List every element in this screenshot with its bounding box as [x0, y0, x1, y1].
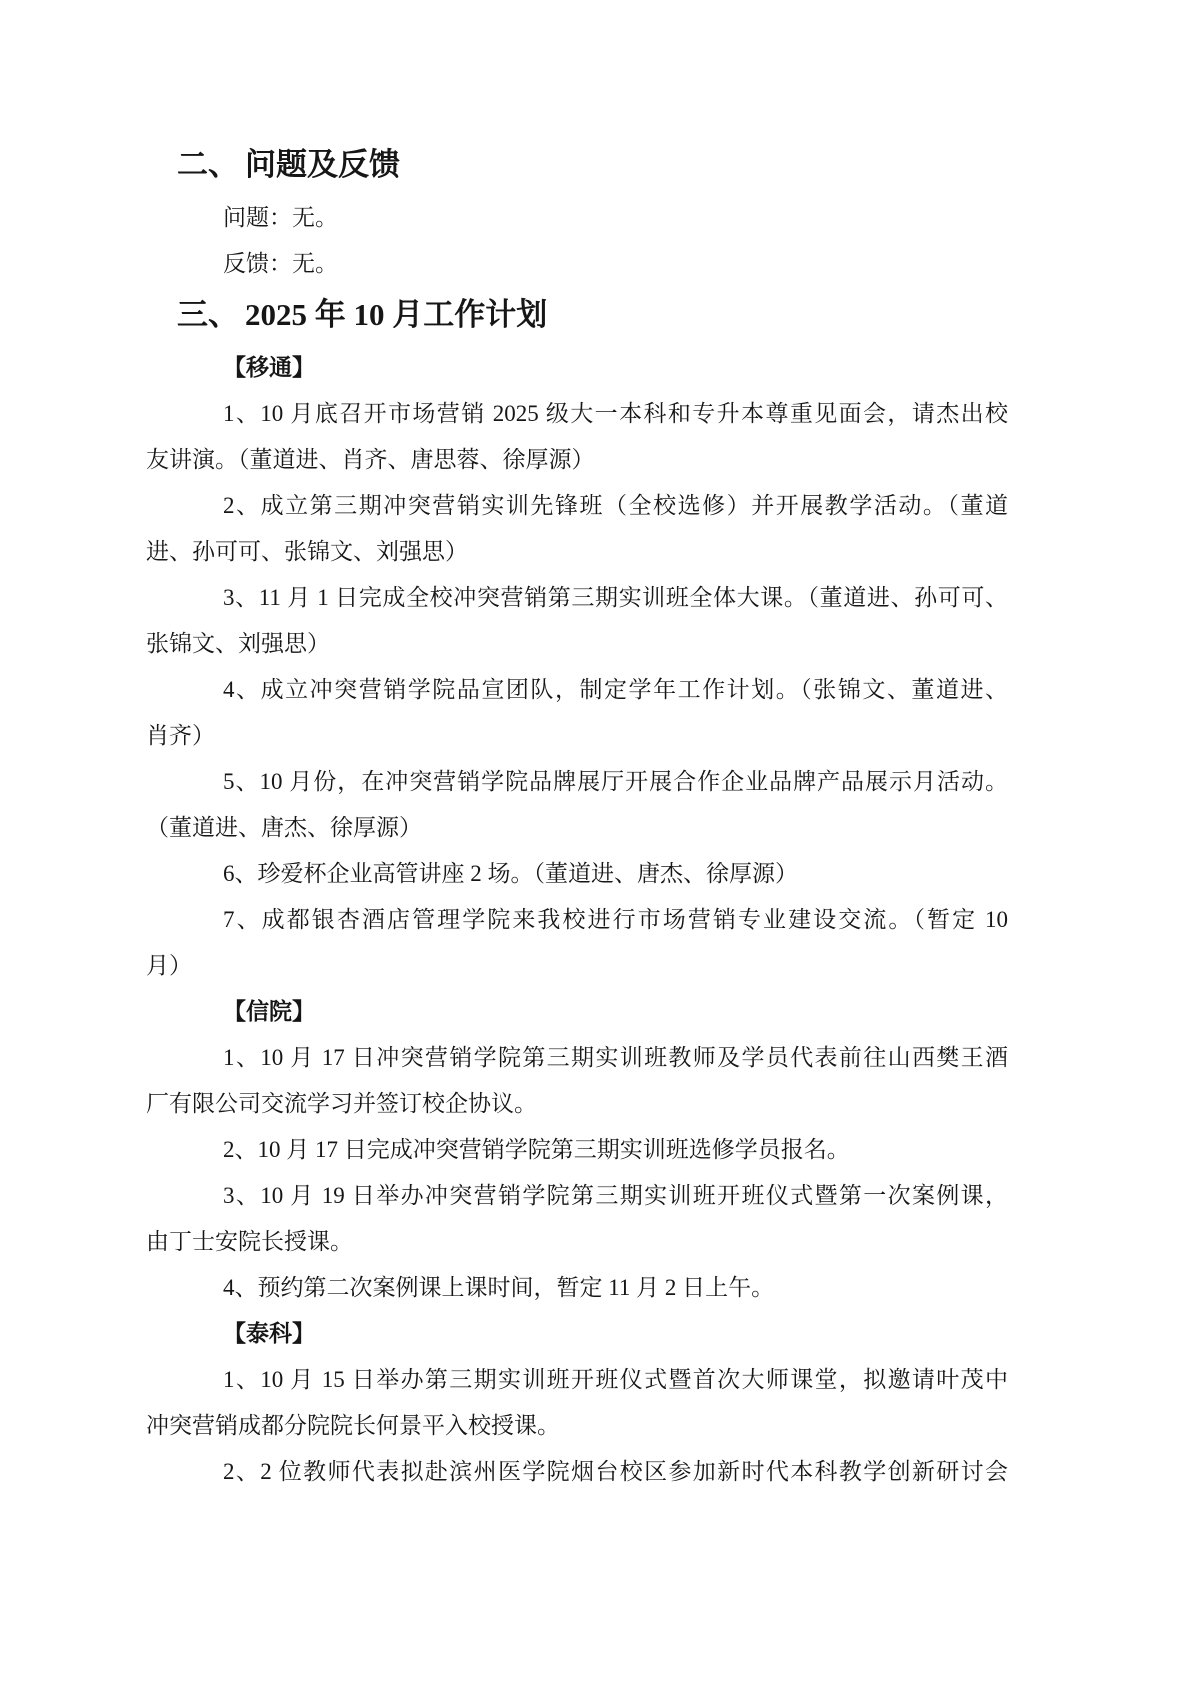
paragraph: 2、成立第三期冲突营销实训先锋班（全校选修）并开展教学活动。（董道进、孙可可、张… — [146, 483, 1008, 575]
text-line: 1、10 月底召开市场营销 2025 级大一本科和专升本尊重见面会，请杰出校 — [146, 391, 1008, 437]
text-line: 【移通】 — [146, 345, 1008, 391]
heading-title: 问题及反馈 — [245, 147, 400, 182]
text-line: 由丁士安院长授课。 — [146, 1219, 1008, 1265]
document-body: 二、问题及反馈问题：无。反馈：无。三、2025 年 10 月工作计划【移通】1、… — [146, 143, 1008, 1495]
paragraph: 6、珍爱杯企业高管讲座 2 场。（董道进、唐杰、徐厚源） — [146, 851, 1008, 897]
paragraph: 3、10 月 19 日举办冲突营销学院第三期实训班开班仪式暨第一次案例课，由丁士… — [146, 1173, 1008, 1265]
text-line: 1、10 月 15 日举办第三期实训班开班仪式暨首次大师课堂，拟邀请叶茂中 — [146, 1357, 1008, 1403]
group-label: 【泰科】 — [146, 1311, 1008, 1357]
paragraph: 1、10 月 17 日冲突营销学院第三期实训班教师及学员代表前往山西樊王酒厂有限… — [146, 1035, 1008, 1127]
text-line: （董道进、唐杰、徐厚源） — [146, 805, 1008, 851]
text-line: 2、成立第三期冲突营销实训先锋班（全校选修）并开展教学活动。（董道 — [146, 483, 1008, 529]
group-label: 【移通】 — [146, 345, 1008, 391]
text-line: 反馈：无。 — [146, 241, 1008, 287]
text-line: 2、2 位教师代表拟赴滨州医学院烟台校区参加新时代本科教学创新研讨会 — [146, 1449, 1008, 1495]
paragraph: 1、10 月 15 日举办第三期实训班开班仪式暨首次大师课堂，拟邀请叶茂中冲突营… — [146, 1357, 1008, 1449]
group-label: 【信院】 — [146, 989, 1008, 1035]
text-line: 3、11 月 1 日完成全校冲突营销第三期实训班全体大课。（董道进、孙可可、 — [146, 575, 1008, 621]
paragraph: 4、预约第二次案例课上课时间，暂定 11 月 2 日上午。 — [146, 1265, 1008, 1311]
paragraph: 反馈：无。 — [146, 241, 1008, 287]
paragraph: 5、10 月份，在冲突营销学院品牌展厅开展合作企业品牌产品展示月活动。（董道进、… — [146, 759, 1008, 851]
text-line: 冲突营销成都分院院长何景平入校授课。 — [146, 1403, 1008, 1449]
text-line: 4、成立冲突营销学院品宣团队，制定学年工作计划。（张锦文、董道进、 — [146, 667, 1008, 713]
document-page: 二、问题及反馈问题：无。反馈：无。三、2025 年 10 月工作计划【移通】1、… — [0, 0, 1190, 1683]
text-line: 2、10 月 17 日完成冲突营销学院第三期实训班选修学员报名。 — [146, 1127, 1008, 1173]
text-line: 3、10 月 19 日举办冲突营销学院第三期实训班开班仪式暨第一次案例课， — [146, 1173, 1008, 1219]
paragraph: 7、成都银杏酒店管理学院来我校进行市场营销专业建设交流。（暂定 10月） — [146, 897, 1008, 989]
text-line: 问题：无。 — [146, 195, 1008, 241]
text-line: 月） — [146, 943, 1008, 989]
text-line: 友讲演。（董道进、肖齐、唐思蓉、徐厚源） — [146, 437, 1008, 483]
text-line: 4、预约第二次案例课上课时间，暂定 11 月 2 日上午。 — [146, 1265, 1008, 1311]
text-line: 7、成都银杏酒店管理学院来我校进行市场营销专业建设交流。（暂定 10 — [146, 897, 1008, 943]
text-line: 5、10 月份，在冲突营销学院品牌展厅开展合作企业品牌产品展示月活动。 — [146, 759, 1008, 805]
paragraph: 3、11 月 1 日完成全校冲突营销第三期实训班全体大课。（董道进、孙可可、张锦… — [146, 575, 1008, 667]
text-line: 【信院】 — [146, 989, 1008, 1035]
text-line: 厂有限公司交流学习并签订校企协议。 — [146, 1081, 1008, 1127]
text-line: 1、10 月 17 日冲突营销学院第三期实训班教师及学员代表前往山西樊王酒 — [146, 1035, 1008, 1081]
paragraph: 4、成立冲突营销学院品宣团队，制定学年工作计划。（张锦文、董道进、肖齐） — [146, 667, 1008, 759]
section-heading: 三、2025 年 10 月工作计划 — [177, 293, 1008, 337]
heading-number: 二、 — [177, 147, 239, 182]
heading-number: 三、 — [177, 297, 239, 332]
text-line: 张锦文、刘强思） — [146, 621, 1008, 667]
paragraph: 1、10 月底召开市场营销 2025 级大一本科和专升本尊重见面会，请杰出校友讲… — [146, 391, 1008, 483]
text-line: 【泰科】 — [146, 1311, 1008, 1357]
paragraph: 2、10 月 17 日完成冲突营销学院第三期实训班选修学员报名。 — [146, 1127, 1008, 1173]
text-line: 肖齐） — [146, 713, 1008, 759]
paragraph: 2、2 位教师代表拟赴滨州医学院烟台校区参加新时代本科教学创新研讨会 — [146, 1449, 1008, 1495]
text-line: 6、珍爱杯企业高管讲座 2 场。（董道进、唐杰、徐厚源） — [146, 851, 1008, 897]
paragraph: 问题：无。 — [146, 195, 1008, 241]
text-line: 进、孙可可、张锦文、刘强思） — [146, 529, 1008, 575]
section-heading: 二、问题及反馈 — [177, 143, 1008, 187]
heading-title: 2025 年 10 月工作计划 — [245, 297, 547, 332]
